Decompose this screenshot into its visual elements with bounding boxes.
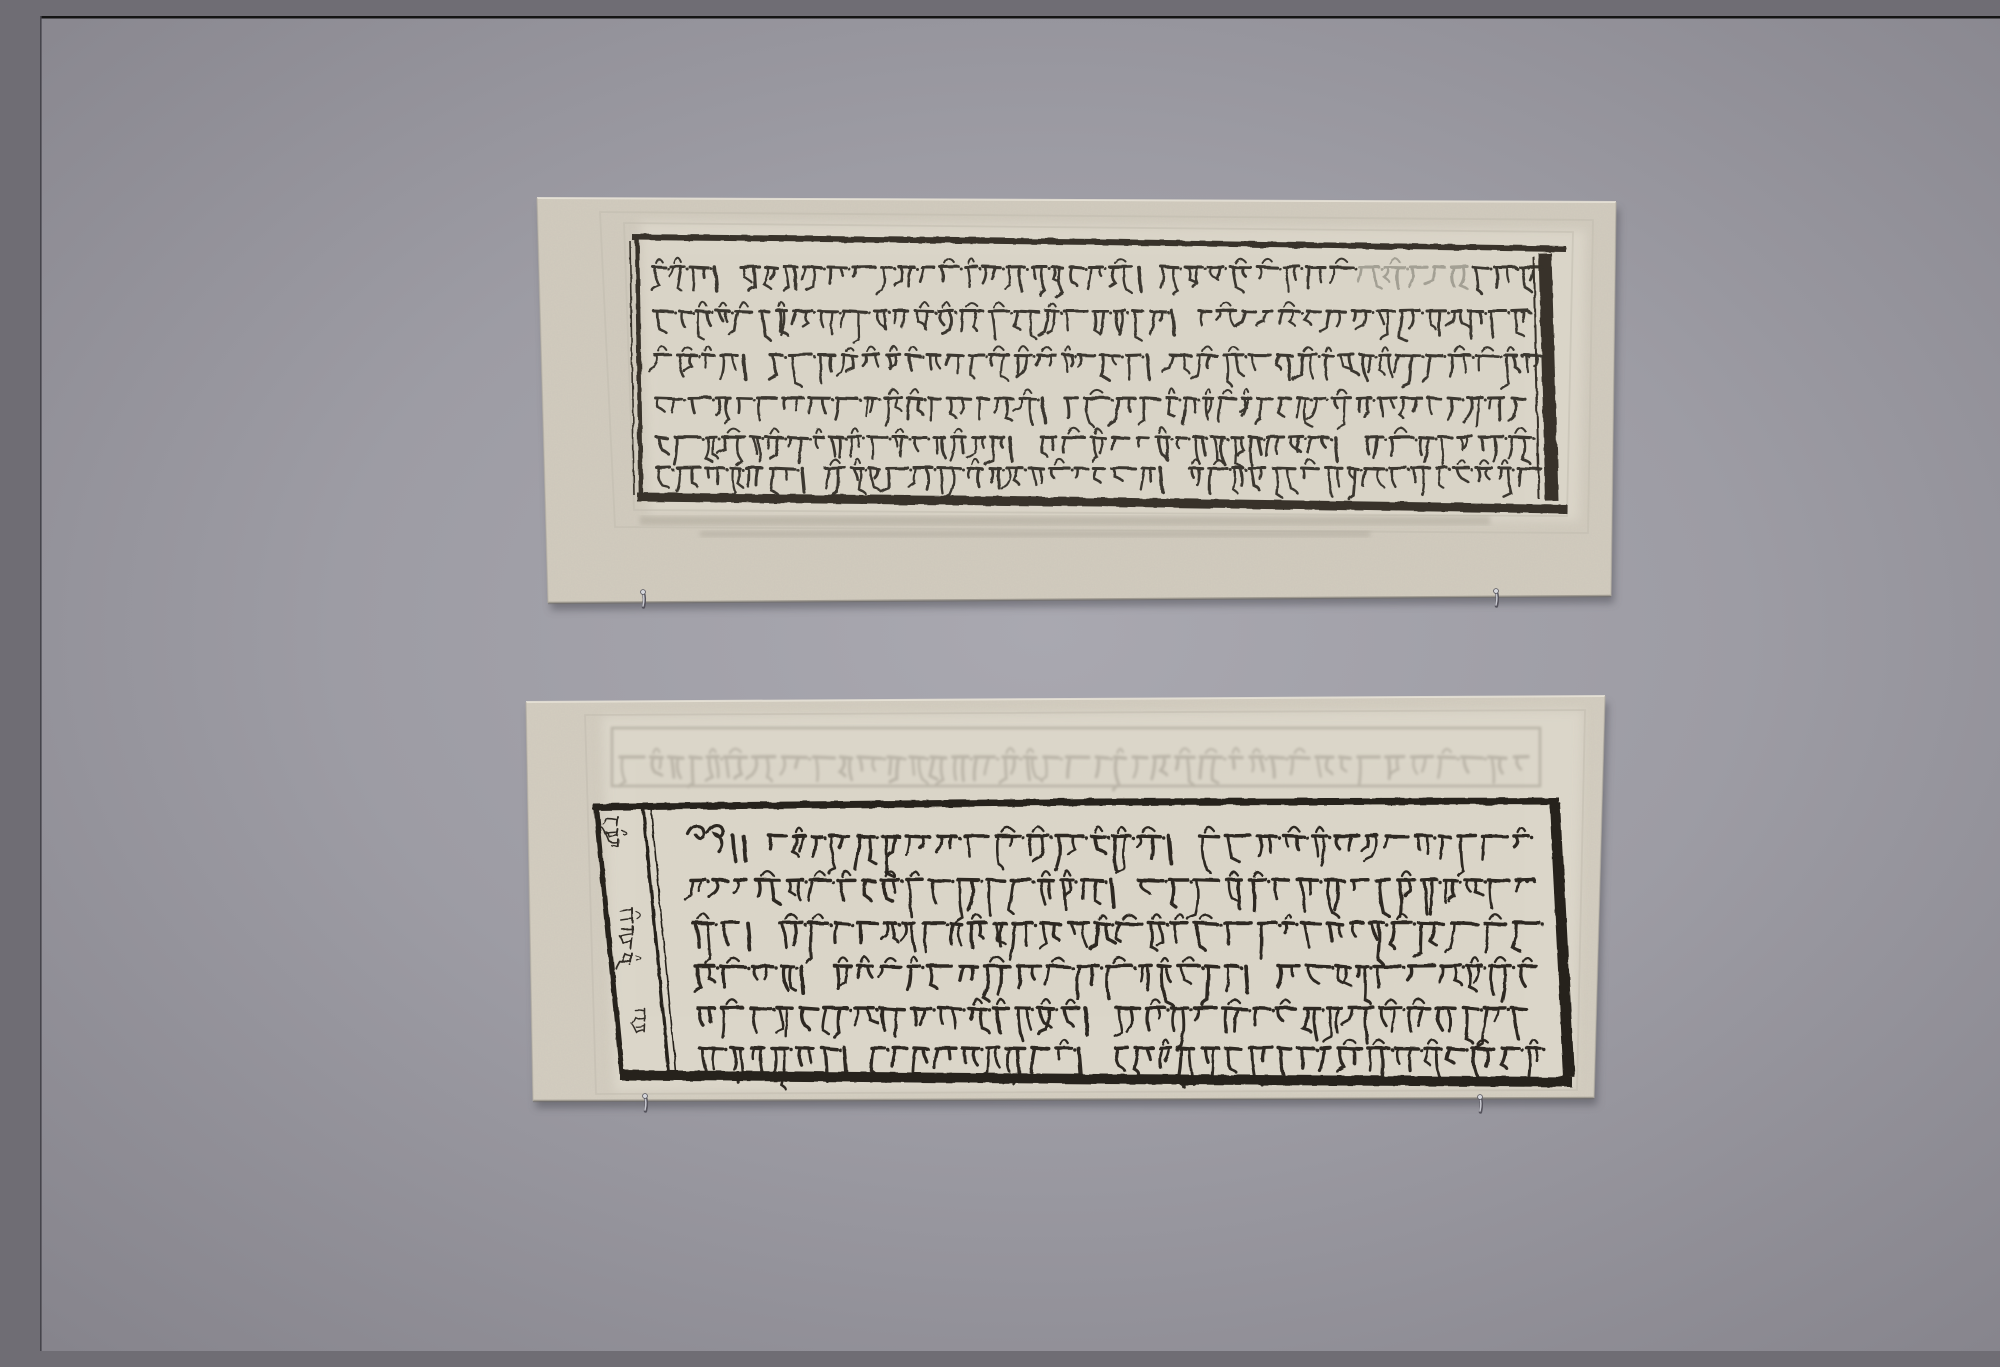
printed-area-tone bbox=[602, 710, 1583, 1092]
lower-folio bbox=[506, 682, 1645, 1138]
photo-left-edge bbox=[40, 16, 42, 1351]
photo-canvas bbox=[40, 16, 2000, 1351]
upper-folio bbox=[517, 178, 1656, 636]
ink-smudge bbox=[640, 516, 1490, 525]
photo-top-edge bbox=[40, 16, 2000, 19]
ink-smudge bbox=[700, 531, 1370, 537]
photograph: Photograph of two Tibetan woodblock-prin… bbox=[40, 16, 2000, 1351]
